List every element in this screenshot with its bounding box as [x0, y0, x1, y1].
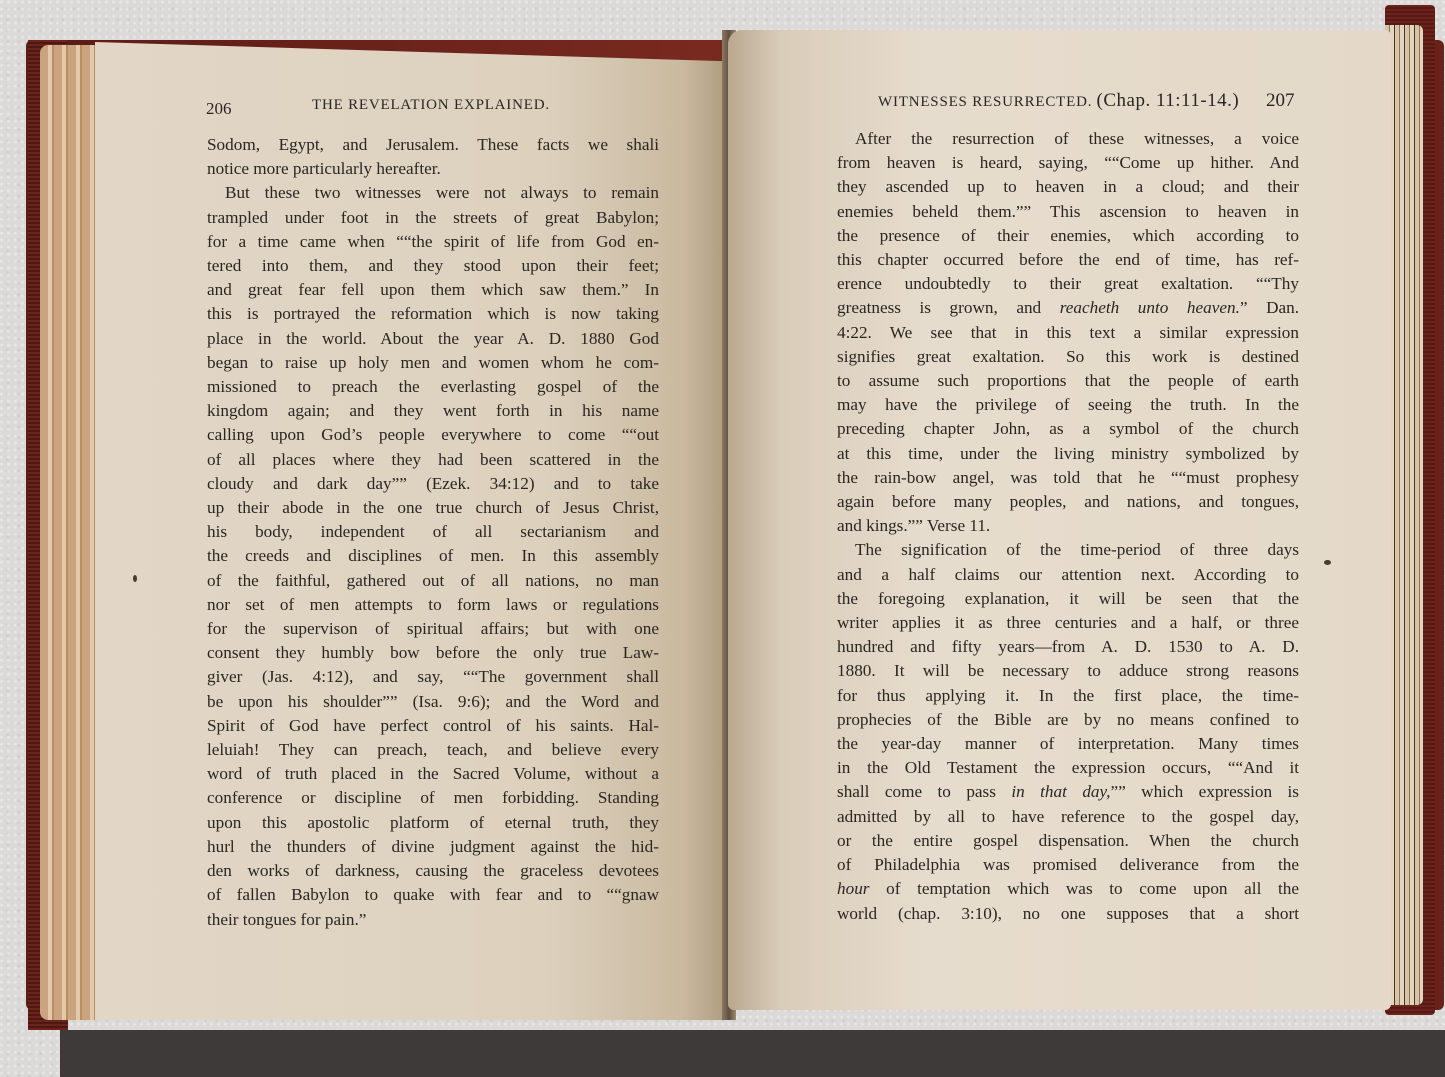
- text-line: in the Old Testament the expression occu…: [837, 756, 1299, 780]
- text-line: admitted by all to have reference to the…: [837, 805, 1299, 829]
- text-line: The signification of the time-period of …: [837, 538, 1299, 562]
- text-line: of the faithful, gathered out of all nat…: [207, 569, 659, 593]
- text-line: Spirit of God have perfect control of hi…: [207, 714, 659, 738]
- text-line: calling upon God’s people everywhere to …: [207, 423, 659, 447]
- text-line: enemies beheld them.”” This ascension to…: [837, 200, 1299, 224]
- text-line: the foregoing explanation, it will be se…: [837, 587, 1299, 611]
- text-line: kingdom again; and they went forth in hi…: [207, 399, 659, 423]
- text-line: cloudy and dark day”” (Ezek. 34:12) and …: [207, 472, 659, 496]
- text-line: greatness is grown, and reacheth unto he…: [837, 296, 1299, 320]
- left-running-head: THE REVELATION EXPLAINED.: [312, 97, 550, 114]
- text-line: for thus applying it. In the first place…: [837, 684, 1299, 708]
- text-line: and a half claims our attention next. Ac…: [837, 563, 1299, 587]
- text-line: of all places where they had been scatte…: [207, 448, 659, 472]
- italic-phrase: in that day,: [1011, 782, 1110, 801]
- text-line: and great fear fell upon them which saw …: [207, 278, 659, 302]
- text-line: this is portrayed the reformation which …: [207, 302, 659, 326]
- right-page-text: After the resurrection of these witnesse…: [837, 127, 1299, 926]
- text-line: upon this apostolic platform of eternal …: [207, 811, 659, 835]
- left-page-number: 206: [206, 99, 232, 119]
- text-line: trampled under foot in the streets of gr…: [207, 206, 659, 230]
- text-line: writer applies it as three centuries and…: [837, 611, 1299, 635]
- text-line: be upon his shoulder”” (Isa. 9:6); and t…: [207, 690, 659, 714]
- text-line: hurl the thunders of divine judgment aga…: [207, 835, 659, 859]
- text-line: up their abode in the one true church of…: [207, 496, 659, 520]
- text-line: tered into them, and they stood upon the…: [207, 254, 659, 278]
- text-line: or the entire gospel dispensation. When …: [837, 829, 1299, 853]
- left-page: 206 THE REVELATION EXPLAINED. Sodom, Egy…: [95, 42, 735, 1020]
- italic-phrase: hour: [837, 879, 869, 898]
- page-blemish: [133, 575, 137, 582]
- right-page: WITNESSES RESURRECTED. (Chap. 11:11-14.)…: [728, 30, 1391, 1010]
- text-line: they ascended up to heaven in a cloud; a…: [837, 175, 1299, 199]
- text-line: leluiah! They can preach, teach, and bel…: [207, 738, 659, 762]
- text-line: But these two witnesses were not always …: [207, 181, 659, 205]
- text-line: Sodom, Egypt, and Jerusalem. These facts…: [207, 133, 659, 157]
- text-line: word of truth placed in the Sacred Volum…: [207, 762, 659, 786]
- text-line: missioned to preach the everlasting gosp…: [207, 375, 659, 399]
- text-line: giver (Jas. 4:12), and say, ““The govern…: [207, 665, 659, 689]
- text-line: conference or discipline of men forbiddi…: [207, 786, 659, 810]
- text-line: again before many peoples, and nations, …: [837, 490, 1299, 514]
- text-line: nor set of men attempts to form laws or …: [207, 593, 659, 617]
- text-line: hundred and fifty years—from A. D. 1530 …: [837, 635, 1299, 659]
- text-line: the year-day manner of interpretation. M…: [837, 732, 1299, 756]
- text-line: at this time, under the living ministry …: [837, 442, 1299, 466]
- text-line: hour of temptation which was to come upo…: [837, 877, 1299, 901]
- text-line: to assume such proportions that the peop…: [837, 369, 1299, 393]
- left-page-text: Sodom, Egypt, and Jerusalem. These facts…: [207, 133, 659, 932]
- italic-phrase: reacheth unto heaven.: [1060, 298, 1240, 317]
- text-line: consent they humbly bow before the only …: [207, 641, 659, 665]
- text-line: of Philadelphia was promised deliverance…: [837, 853, 1299, 877]
- right-running-head: WITNESSES RESURRECTED. (Chap. 11:11-14.): [878, 90, 1239, 112]
- text-line: this chapter occurred before the end of …: [837, 248, 1299, 272]
- text-line: began to raise up holy men and women who…: [207, 351, 659, 375]
- text-line: the presence of their enemies, which acc…: [837, 224, 1299, 248]
- text-line: for the supervison of spiritual affairs;…: [207, 617, 659, 641]
- text-line: notice more particularly hereafter.: [207, 157, 659, 181]
- text-line: their tongues for pain.”: [207, 908, 659, 932]
- text-line: prophecies of the Bible are by no means …: [837, 708, 1299, 732]
- chapter-reference: (Chap. 11:11-14.): [1097, 90, 1240, 111]
- text-line: den works of darkness, causing the grace…: [207, 859, 659, 883]
- text-line: signifies great exaltation. So this work…: [837, 345, 1299, 369]
- table-shadow: [60, 1030, 1445, 1077]
- text-line: of fallen Babylon to quake with fear and…: [207, 883, 659, 907]
- text-line: After the resurrection of these witnesse…: [837, 127, 1299, 151]
- text-line: and kings.”” Verse 11.: [837, 514, 1299, 538]
- right-running-head-title: WITNESSES RESURRECTED.: [878, 94, 1092, 110]
- text-line: shall come to pass in that day,”” which …: [837, 780, 1299, 804]
- text-line: 1880. It will be necessary to adduce str…: [837, 659, 1299, 683]
- text-line: place in the world. About the year A. D.…: [207, 327, 659, 351]
- page-blemish: [1324, 560, 1331, 565]
- page-stack-left: [40, 45, 100, 1020]
- text-line: the creeds and disciplines of men. In th…: [207, 544, 659, 568]
- text-line: from heaven is heard, saying, ““Come up …: [837, 151, 1299, 175]
- text-line: 4:22. We see that in this text a similar…: [837, 321, 1299, 345]
- text-line: his body, independent of all sectarianis…: [207, 520, 659, 544]
- text-line: the rain-bow angel, was told that he ““m…: [837, 466, 1299, 490]
- book-photo: 206 THE REVELATION EXPLAINED. Sodom, Egy…: [0, 0, 1445, 1077]
- text-line: world (chap. 3:10), no one supposes that…: [837, 902, 1299, 926]
- text-line: for a time came when ““the spirit of lif…: [207, 230, 659, 254]
- right-page-number: 207: [1266, 90, 1295, 112]
- text-line: preceding chapter John, as a symbol of t…: [837, 417, 1299, 441]
- text-line: may have the privilege of seeing the tru…: [837, 393, 1299, 417]
- text-line: erence undoubtedly to their great exalta…: [837, 272, 1299, 296]
